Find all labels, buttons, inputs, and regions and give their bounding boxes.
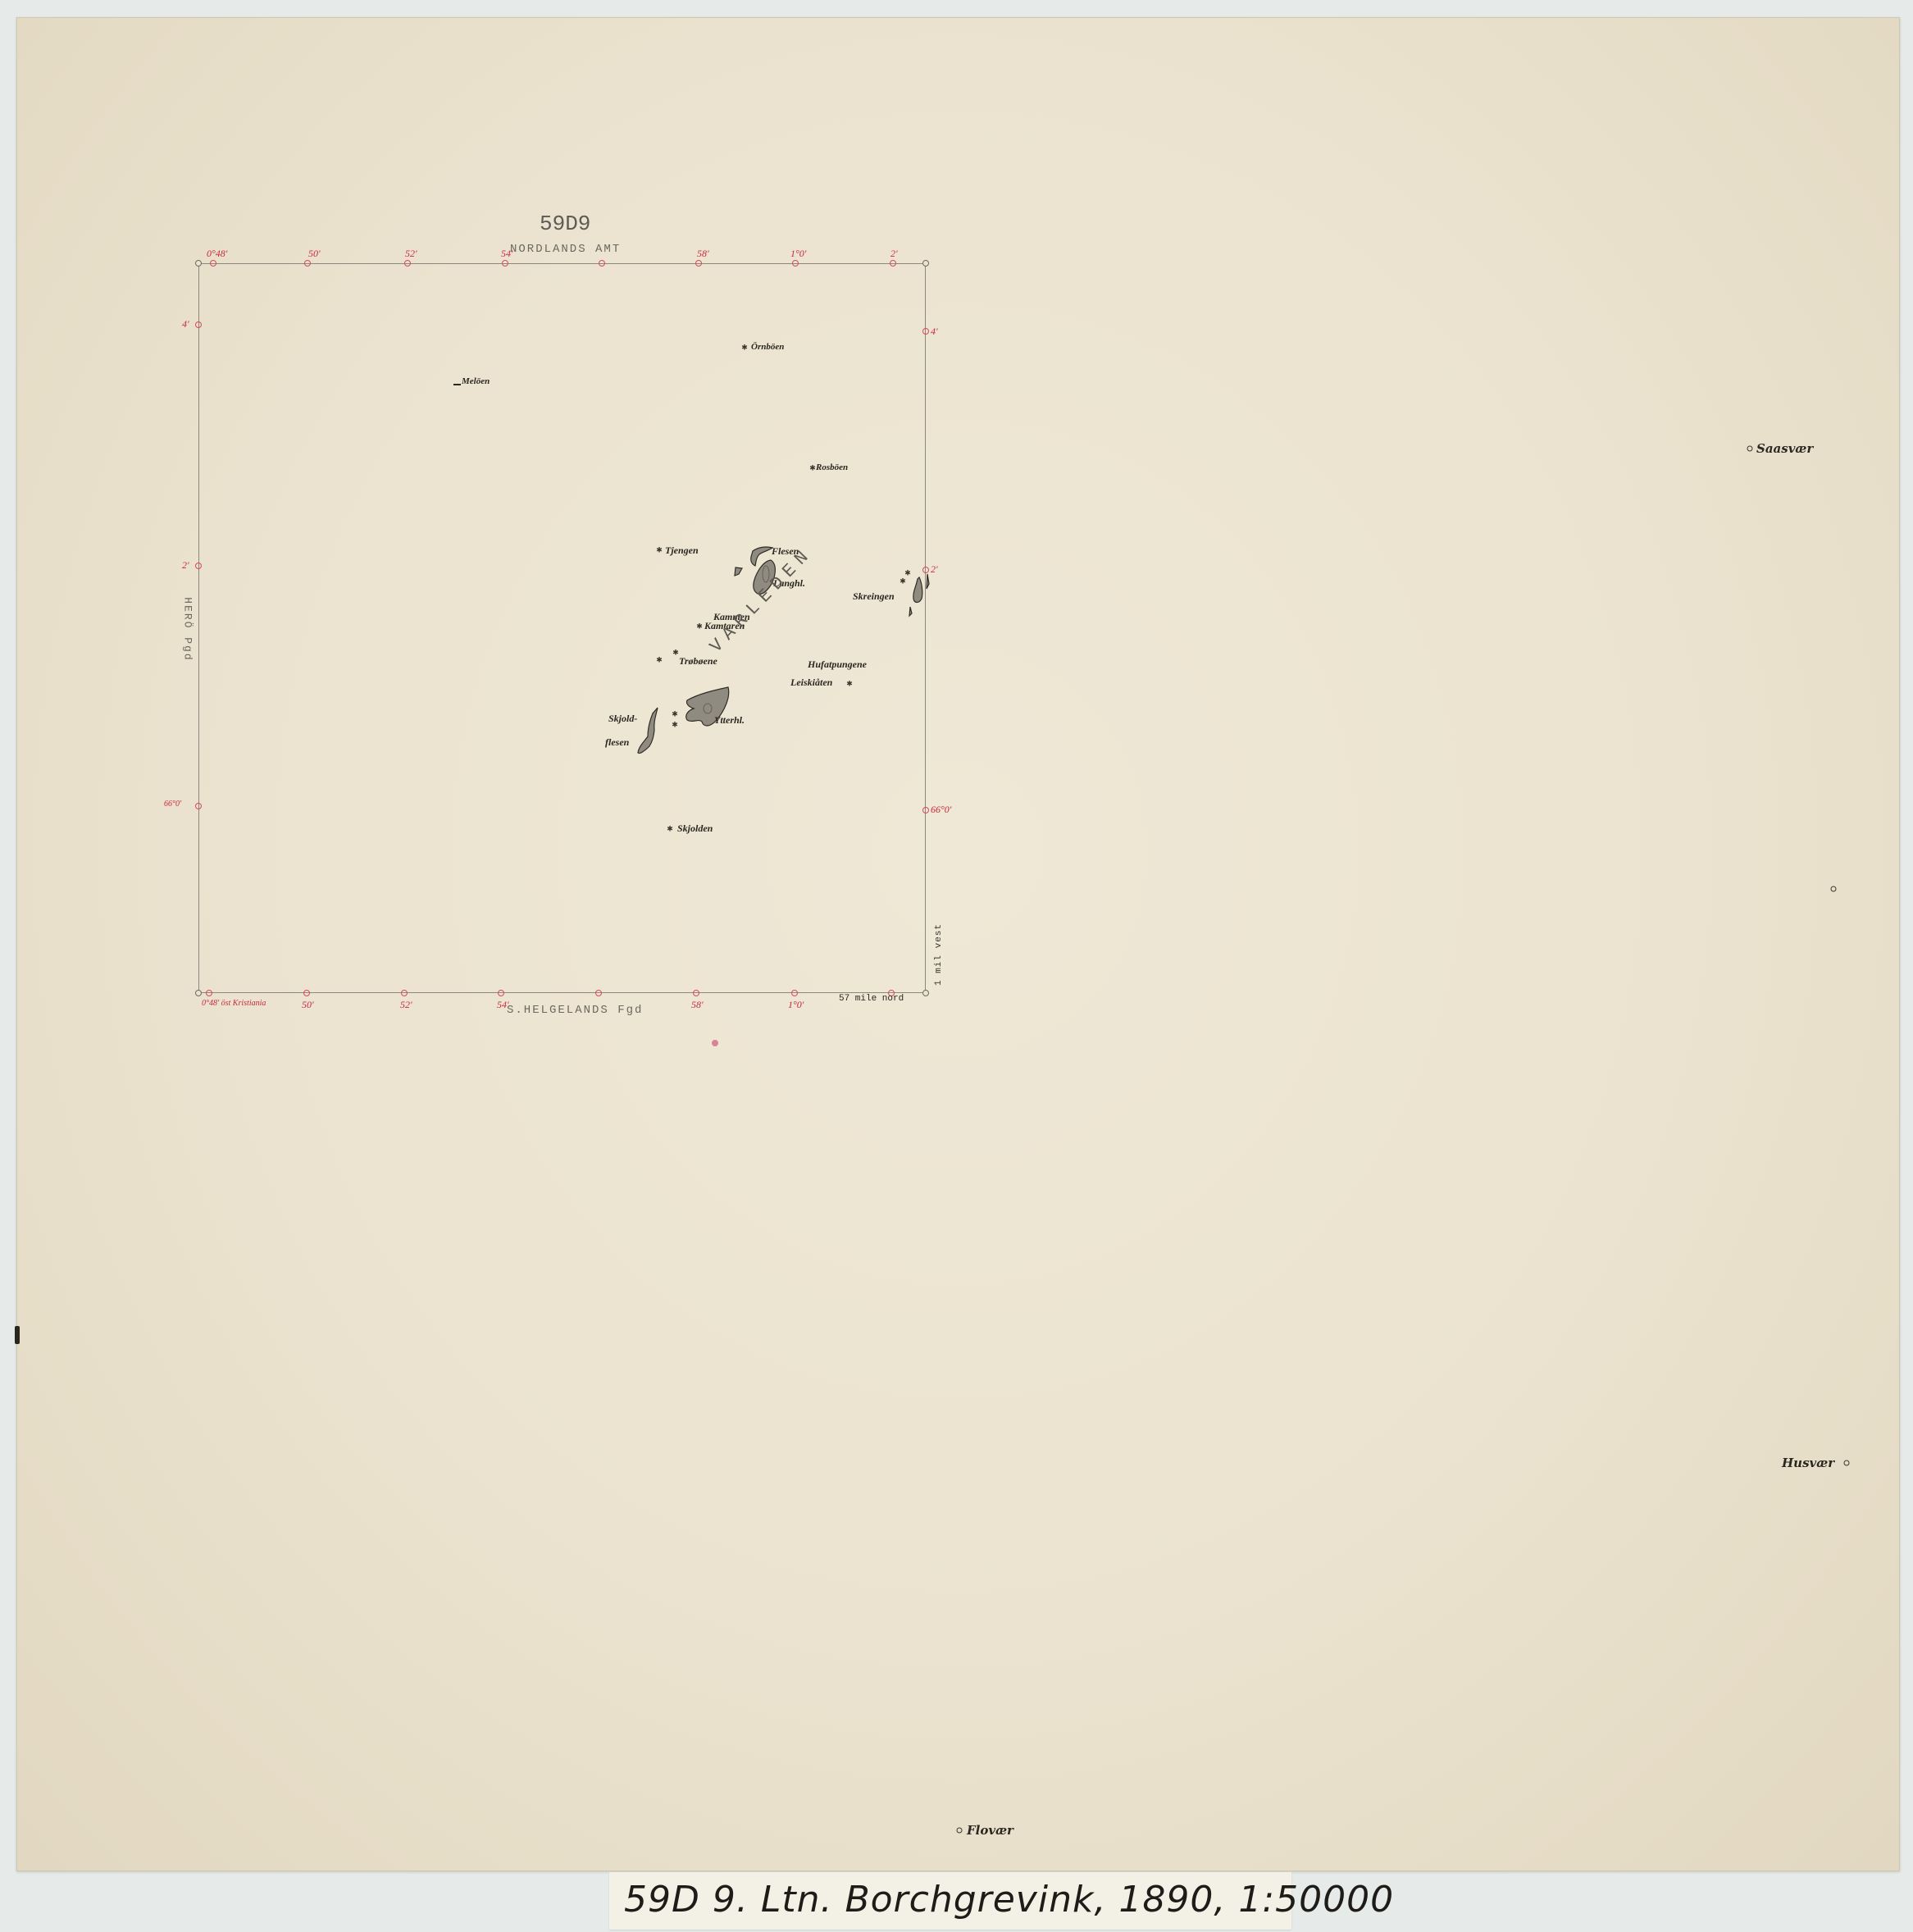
rock-marker-icon: ✱	[672, 650, 679, 658]
rock-marker-icon: ✱	[846, 681, 853, 689]
island-sliver	[927, 574, 929, 589]
place-label-husvaer: Husvær	[1782, 1456, 1834, 1470]
rock-marker-icon: ✱	[672, 712, 678, 719]
place-label-flovaer: Flovær	[967, 1823, 1013, 1838]
rock-marker-icon: ✱	[667, 827, 673, 834]
island-sliver	[909, 607, 912, 616]
island-skreingen	[913, 577, 922, 603]
rock-marker-icon: ✱	[809, 466, 816, 473]
place-label-troeboene: Trøbøene	[679, 655, 717, 668]
place-label-leiskiaten: Leiskiåten	[790, 677, 832, 689]
place-label-saasvaer: Saasvær	[1756, 441, 1813, 456]
place-label-ornboen: Örnböen	[751, 342, 784, 352]
place-label-rosboen: Rosböen	[816, 462, 848, 472]
settlement-marker-icon	[1747, 446, 1753, 452]
place-label-skjold: Skjold-	[608, 713, 637, 725]
settlement-marker-icon	[1831, 886, 1837, 892]
rock-marker-icon: ✱	[696, 624, 703, 631]
place-label-ytterhl: Ytterhl.	[714, 714, 745, 727]
catalog-label: 59D 9. Ltn. Borchgrevink, 1890, 1:50000	[609, 1872, 1291, 1930]
rock-marker-icon: ✱	[672, 722, 678, 730]
place-label-flesen-2: flesen	[605, 736, 629, 749]
rock-marker-icon: ✱	[656, 658, 663, 665]
place-label-skjolden: Skjolden	[677, 822, 713, 835]
edge-mark	[15, 1326, 20, 1344]
place-label-skreingen: Skreingen	[853, 590, 895, 603]
island-shapes	[0, 0, 1913, 1932]
catalog-label-text: 59D 9. Ltn. Borchgrevink, 1890, 1:50000	[624, 1879, 1394, 1921]
place-label-meloen: Melöen	[462, 376, 490, 386]
place-label-hufatpungene: Hufatpungene	[808, 658, 867, 671]
rock-marker-icon: ✱	[900, 579, 906, 586]
place-label-tjengen: Tjengen	[665, 545, 699, 557]
rock-marker-icon: ✱	[656, 548, 663, 555]
island-skjoldflesen	[638, 708, 658, 754]
rock-marker-icon: ✱	[904, 571, 911, 578]
rock-marker-icon: ✱	[741, 345, 748, 353]
settlement-marker-icon	[1844, 1460, 1850, 1466]
island-small	[735, 567, 742, 576]
settlement-marker-icon	[957, 1828, 963, 1834]
